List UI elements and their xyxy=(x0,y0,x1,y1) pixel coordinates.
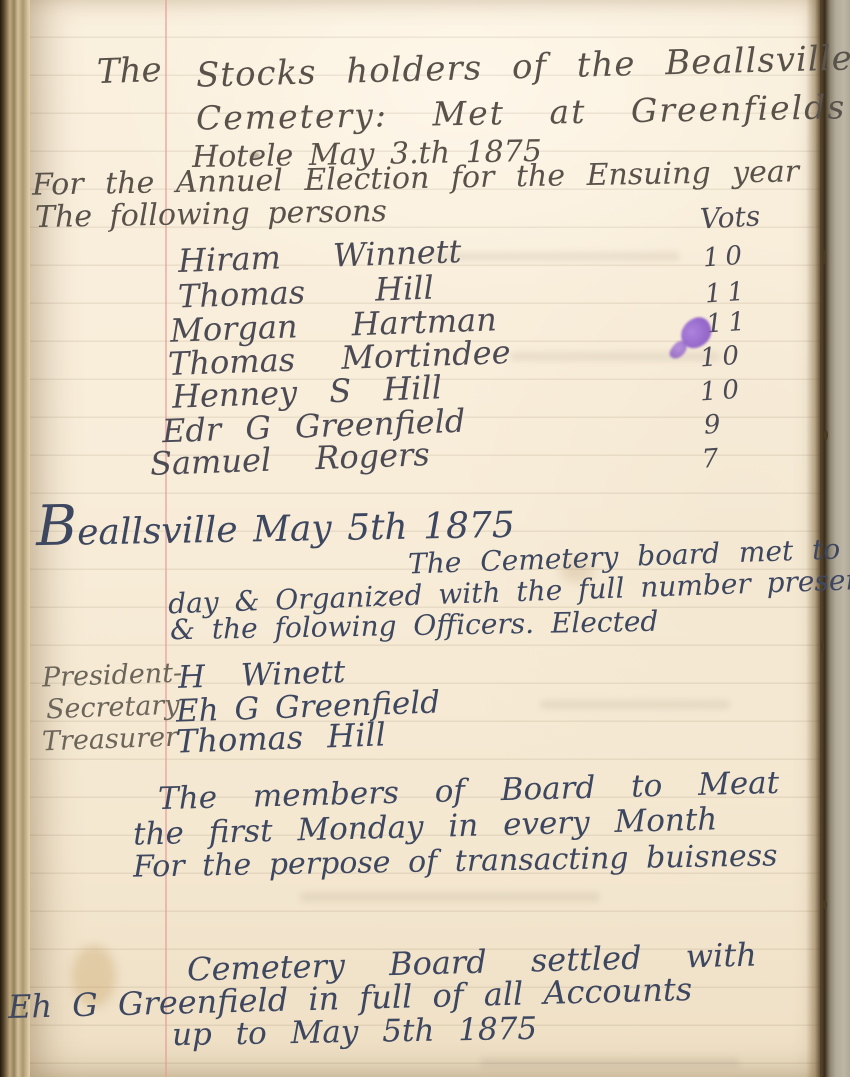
election-intro-line-2: The following persons xyxy=(35,196,387,234)
settlement-line-3: up to May 5th 1875 xyxy=(172,1013,538,1052)
officer-title: Treasurer xyxy=(42,724,179,757)
binding-speck xyxy=(824,430,828,440)
heading-word-the: The xyxy=(96,53,162,91)
bleedthrough-smudge xyxy=(510,352,720,361)
bleedthrough-smudge xyxy=(540,700,730,709)
binding-speck xyxy=(822,250,826,264)
binding-speck xyxy=(821,640,824,652)
candidate-votes: 7 xyxy=(701,445,725,474)
candidate-votes: 10 xyxy=(702,242,749,272)
candidate-votes: 11 xyxy=(704,278,751,308)
candidate-votes: 9 xyxy=(703,411,727,440)
candidate-votes: 10 xyxy=(699,376,746,406)
meeting-body-line-3: & the folowing Officers. Elected xyxy=(170,607,659,645)
bleedthrough-smudge xyxy=(300,892,600,902)
officer-title: President- xyxy=(42,660,183,693)
candidate-votes: 11 xyxy=(705,308,752,338)
officer-title: Secretary xyxy=(46,692,181,725)
officer-name: Thomas Hill xyxy=(175,718,386,759)
ledger-page-scan: The Stocks holders of the Beallsville Ce… xyxy=(0,0,850,1077)
candidate-votes: 10 xyxy=(699,342,746,372)
bleedthrough-smudge xyxy=(430,252,680,261)
bleedthrough-smudge xyxy=(480,1058,740,1068)
binding-speck xyxy=(823,900,827,909)
votes-column-header: Vots xyxy=(699,201,761,233)
